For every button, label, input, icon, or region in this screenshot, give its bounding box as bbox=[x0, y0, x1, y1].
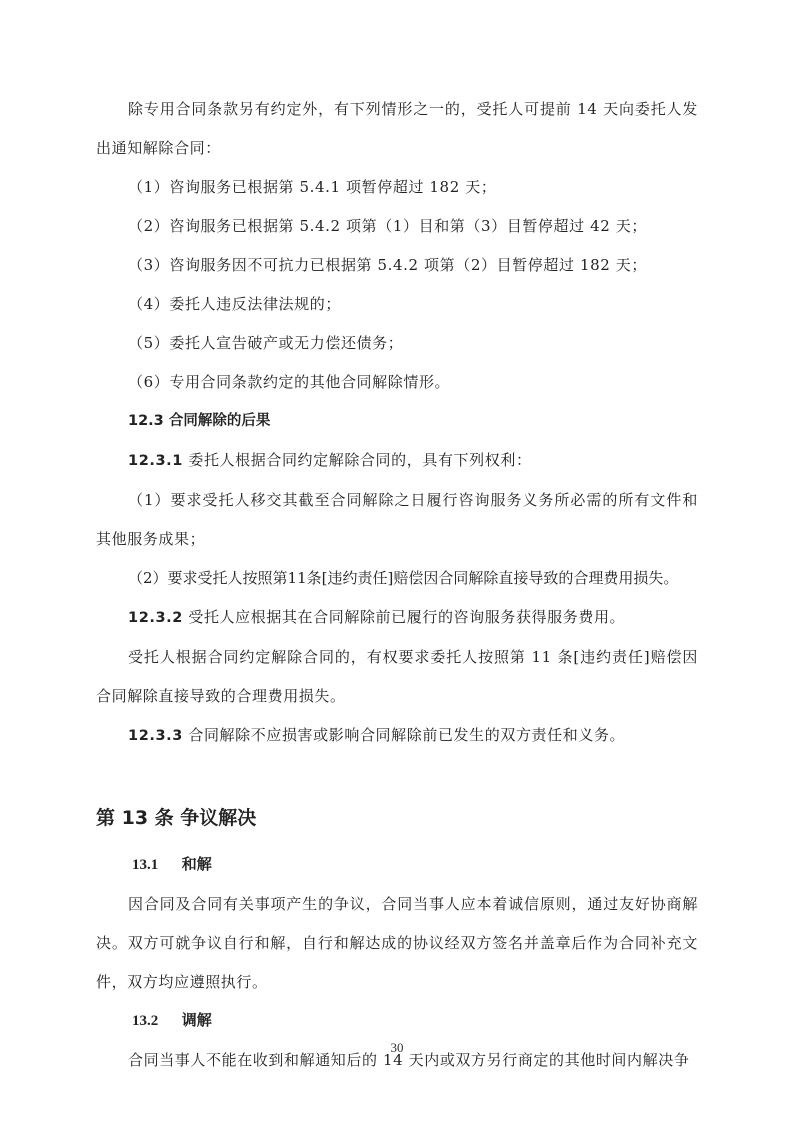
intro-paragraph: 除专用合同条款另有约定外，有下列情形之一的，受托人可提前 14 天向委托人发出通… bbox=[96, 90, 698, 168]
document-page: 除专用合同条款另有约定外，有下列情形之一的，受托人可提前 14 天向委托人发出通… bbox=[96, 90, 698, 1080]
clause-text: 受托人应根据其在合同解除前已履行的咨询服务获得服务费用。 bbox=[188, 608, 625, 626]
subsection-heading-13-2: 13.2 调解 bbox=[96, 1002, 698, 1041]
clause-number: 12.3.1 bbox=[128, 453, 183, 469]
subsection-title: 和解 bbox=[182, 857, 212, 873]
list-item: （4）委托人违反法律法规的； bbox=[96, 285, 698, 324]
clause-number: 12.3.3 bbox=[128, 728, 183, 744]
page-number: 30 bbox=[0, 1040, 794, 1056]
chapter-heading-13: 第 13 条 争议解决 bbox=[96, 800, 698, 836]
body-paragraph: 因合同及合同有关事项产生的争议，合同当事人应本着诚信原则，通过友好协商解决。双方… bbox=[96, 885, 698, 1002]
clause-text: 合同解除不应损害或影响合同解除前已发生的双方责任和义务。 bbox=[188, 726, 625, 744]
list-item: （5）委托人宣告破产或无力偿还债务； bbox=[96, 324, 698, 363]
list-item: （2）要求受托人按照第11条[违约责任]赔偿因合同解除直接导致的合理费用损失。 bbox=[96, 559, 698, 598]
list-item: （3）咨询服务因不可抗力已根据第 5.4.2 项第（2）目暂停超过 182 天； bbox=[96, 246, 698, 285]
body-paragraph: 受托人根据合同约定解除合同的，有权要求委托人按照第 11 条[违约责任]赔偿因合… bbox=[96, 638, 698, 716]
section-heading-12-3: 12.3 合同解除的后果 bbox=[96, 402, 698, 441]
subsection-title: 调解 bbox=[182, 1013, 212, 1029]
subsection-number: 13.1 bbox=[132, 846, 178, 885]
list-item: （1）要求受托人移交其截至合同解除之日履行咨询服务义务所必需的所有文件和其他服务… bbox=[96, 481, 698, 559]
clause-12-3-3: 12.3.3 合同解除不应损害或影响合同解除前已发生的双方责任和义务。 bbox=[96, 716, 698, 756]
clause-12-3-1: 12.3.1 委托人根据合同约定解除合同的，具有下列权利： bbox=[96, 441, 698, 481]
clause-number: 12.3.2 bbox=[128, 610, 183, 626]
clause-text: 委托人根据合同约定解除合同的，具有下列权利： bbox=[188, 451, 531, 469]
subsection-heading-13-1: 13.1 和解 bbox=[96, 846, 698, 885]
list-item: （6）专用合同条款约定的其他合同解除情形。 bbox=[96, 363, 698, 402]
subsection-number: 13.2 bbox=[132, 1002, 178, 1041]
list-item: （2）咨询服务已根据第 5.4.2 项第（1）目和第（3）目暂停超过 42 天； bbox=[96, 207, 698, 246]
clause-12-3-2: 12.3.2 受托人应根据其在合同解除前已履行的咨询服务获得服务费用。 bbox=[96, 598, 698, 638]
list-item: （1）咨询服务已根据第 5.4.1 项暂停超过 182 天； bbox=[96, 168, 698, 207]
